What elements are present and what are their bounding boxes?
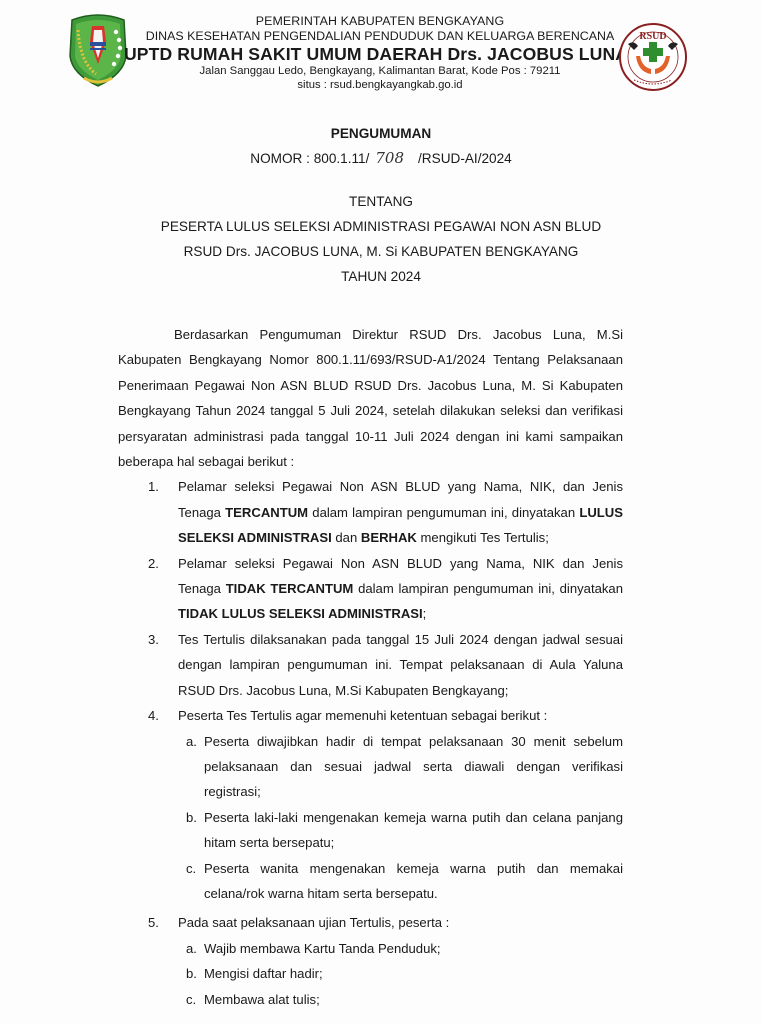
- letterhead-government: PEMERINTAH KABUPATEN BENGKAYANG: [140, 14, 620, 29]
- announcement-number: NOMOR : 800.1.11/708/RSUD-AI/2024: [0, 149, 762, 167]
- list-item: 1. Pelamar seleksi Pegawai Non ASN BLUD …: [148, 474, 623, 550]
- number-prefix: NOMOR : 800.1.11/: [250, 151, 369, 166]
- sub-list-item: b.Mengisi daftar hadir;: [186, 961, 623, 986]
- announcement-body: Berdasarkan Pengumuman Direktur RSUD Drs…: [118, 322, 623, 1012]
- sub-list-item: c.Peserta wanita mengenakan kemeja warna…: [186, 856, 623, 907]
- sub-list-item: a.Peserta diwajibkan hadir di tempat pel…: [186, 729, 623, 805]
- letterhead-department: DINAS KESEHATAN PENGENDALIAN PENDUDUK DA…: [140, 29, 620, 44]
- list-item: 4. Peserta Tes Tertulis agar memenuhi ke…: [148, 703, 623, 906]
- list-item: 3. Tes Tertulis dilaksanakan pada tangga…: [148, 627, 623, 703]
- rsud-logo-text: RSUD: [639, 31, 666, 42]
- list-item: 5. Pada saat pelaksanaan ujian Tertulis,…: [148, 910, 623, 1012]
- sub-list-item: a.Wajib membawa Kartu Tanda Penduduk;: [186, 936, 623, 961]
- letterhead: PEMERINTAH KABUPATEN BENGKAYANG DINAS KE…: [140, 14, 620, 92]
- letterhead-hospital-name: UPTD RUMAH SAKIT UMUM DAERAH Drs. JACOBU…: [124, 44, 620, 64]
- number-handwritten: 708: [375, 149, 404, 167]
- rsud-hospital-logo-icon: RSUD: [618, 22, 688, 92]
- sub-list-item: c.Membawa alat tulis;: [186, 987, 623, 1012]
- about-label: TENTANG: [0, 194, 762, 209]
- list-item: 2. Pelamar seleksi Pegawai Non ASN BLUD …: [148, 551, 623, 627]
- letterhead-website: situs : rsud.bengkayangkab.go.id: [140, 78, 620, 92]
- letterhead-address: Jalan Sanggau Ledo, Bengkayang, Kalimant…: [140, 64, 620, 78]
- sub-list: a.Peserta diwajibkan hadir di tempat pel…: [178, 729, 623, 907]
- announcement-heading: PENGUMUMAN: [0, 126, 762, 141]
- number-suffix: /RSUD-AI/2024: [418, 151, 512, 166]
- subject-line-2: RSUD Drs. JACOBUS LUNA, M. Si KABUPATEN …: [0, 244, 762, 259]
- sub-list: a.Wajib membawa Kartu Tanda Penduduk; b.…: [178, 936, 623, 1012]
- points-list: 1. Pelamar seleksi Pegawai Non ASN BLUD …: [118, 474, 623, 1012]
- sub-list-item: b.Peserta laki-laki mengenakan kemeja wa…: [186, 805, 623, 856]
- intro-paragraph: Berdasarkan Pengumuman Direktur RSUD Drs…: [118, 322, 623, 474]
- regency-coat-of-arms-icon: [66, 12, 130, 88]
- subject-line-3: TAHUN 2024: [0, 269, 762, 284]
- document-page: PEMERINTAH KABUPATEN BENGKAYANG DINAS KE…: [0, 0, 762, 1024]
- subject-line-1: PESERTA LULUS SELEKSI ADMINISTRASI PEGAW…: [0, 219, 762, 234]
